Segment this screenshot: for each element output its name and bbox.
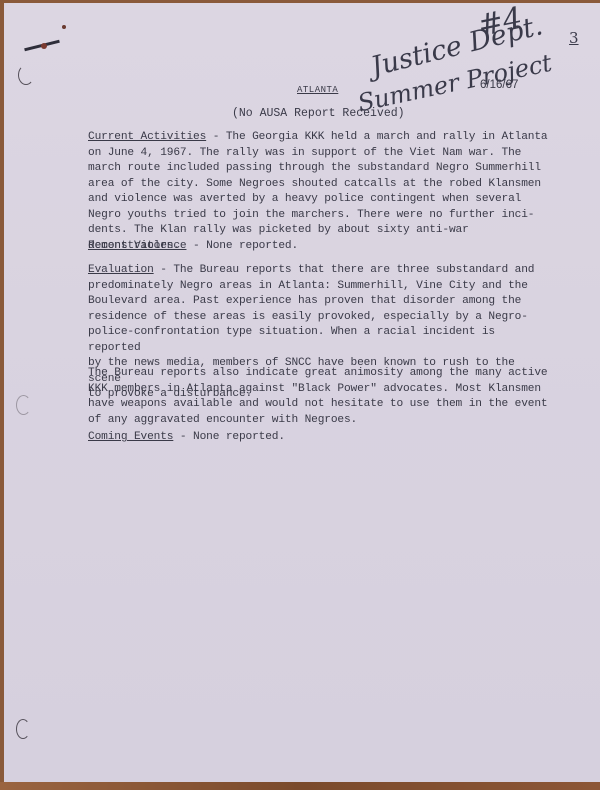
desk-surface-bottom	[0, 782, 600, 790]
section-text: The Bureau reports also indicate great a…	[88, 367, 547, 426]
handwritten-page-number: 3	[569, 29, 579, 47]
ink-spot	[41, 43, 47, 49]
section-text: - The Georgia KKK held a march and rally…	[88, 131, 547, 252]
binder-hole-mark	[16, 719, 30, 739]
section-heading: Coming Events	[88, 431, 173, 443]
section-recent-violence: Recent Violence - None reported.	[88, 239, 548, 255]
document-page: #4 Justice Dept. Summer Project 3 6/16/6…	[4, 3, 600, 785]
document-title: ATLANTA	[297, 85, 338, 95]
section-coming-events: Coming Events - None reported.	[88, 430, 548, 446]
section-text: - None reported.	[186, 240, 298, 252]
section-text: - None reported.	[173, 431, 285, 443]
document-subtitle: (No AUSA Report Received)	[232, 107, 405, 120]
ink-spot	[62, 25, 66, 29]
handwritten-date: 6/16/67	[480, 79, 518, 91]
binder-hole-mark	[16, 395, 31, 415]
section-evaluation-continued: The Bureau reports also indicate great a…	[88, 366, 548, 428]
section-current-activities: Current Activities - The Georgia KKK hel…	[88, 130, 548, 254]
section-heading: Current Activities	[88, 131, 206, 143]
binder-hole-mark	[18, 65, 34, 85]
section-heading: Evaluation	[88, 264, 154, 276]
section-heading: Recent Violence	[88, 240, 186, 252]
